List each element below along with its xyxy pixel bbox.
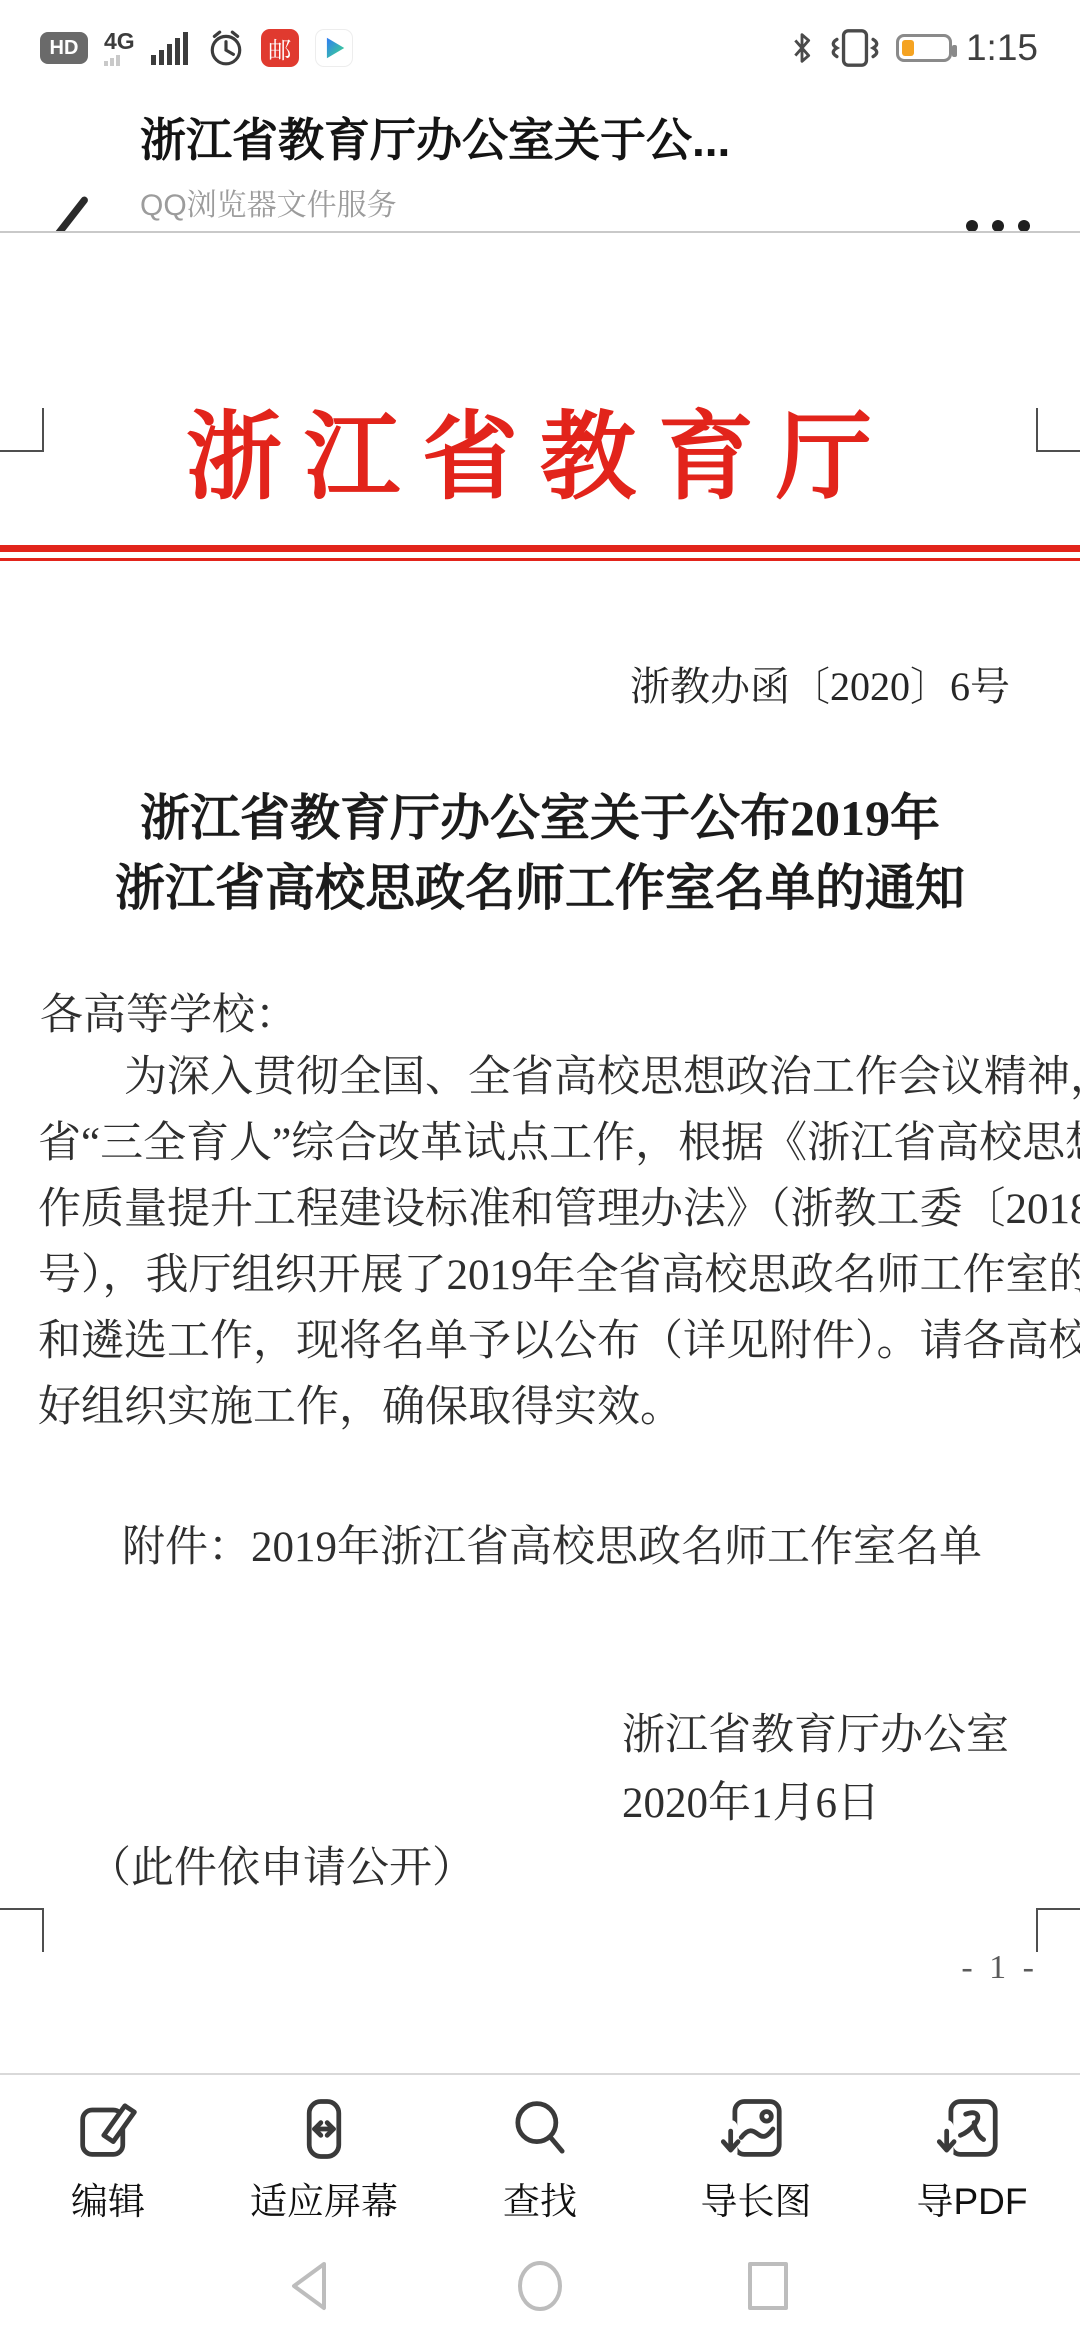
disclosure-note: （此件依申请公开）: [88, 1834, 475, 1895]
body-line: 为深入贯彻全国、全省高校思想政治工作会议精神，推进我: [38, 1045, 1042, 1111]
document-number: 浙教办函〔2020〕6号: [630, 655, 1010, 712]
signal-bars-icon: [151, 31, 191, 65]
document-page[interactable]: 浙江省教育厅 浙教办函〔2020〕6号 浙江省教育厅办公室关于公布2019年 浙…: [0, 233, 1080, 2073]
letterhead-title: 浙江省教育厅: [0, 405, 1080, 511]
export-long-image-button[interactable]: 导长图: [648, 2075, 864, 2250]
body-line: 省“三全育人”综合改革试点工作，根据《浙江省高校思想政治工: [38, 1111, 1042, 1177]
alarm-clock-icon: [207, 29, 245, 67]
battery-nub: [952, 45, 957, 57]
find-button[interactable]: 查找: [432, 2075, 648, 2250]
salutation: 各高等学校：: [40, 981, 298, 1042]
red-rule-thin: [0, 558, 1080, 561]
battery-icon: [896, 34, 952, 62]
issuing-office: 浙江省教育厅办公室: [622, 1701, 1009, 1762]
export-pdf-button[interactable]: 导PDF: [864, 2075, 1080, 2250]
status-time: 1:15: [966, 27, 1038, 69]
body-line: 作质量提升工程建设标准和管理办法》（浙教工委〔2018〕29: [38, 1177, 1042, 1243]
tool-label: 导PDF: [917, 2171, 1028, 2225]
bluetooth-icon: [790, 29, 814, 67]
export-long-image-icon: [718, 2091, 794, 2167]
app-header: 浙江省教育厅办公室关于公... QQ浏览器文件服务: [0, 80, 1080, 231]
crop-mark-bottom-left: [0, 1908, 44, 1910]
crop-mark-bottom-right: [1036, 1908, 1080, 1910]
crop-mark-bottom-right: [1036, 1908, 1038, 1952]
android-nav-bar: [0, 2250, 1080, 2340]
status-bar-left: HD 4G 邮: [40, 28, 353, 68]
tool-label: 查找: [503, 2171, 577, 2225]
body-line: 和遴选工作，现将名单予以公布（详见附件）。请各高校认真做: [38, 1309, 1042, 1375]
attachment-line: 附件：2019年浙江省高校思政名师工作室名单: [122, 1513, 982, 1574]
page-title: 浙江省教育厅办公室关于公...: [140, 104, 860, 170]
mail-app-icon: 邮: [261, 29, 299, 67]
document-title-line2: 浙江省高校思政名师工作室名单的通知: [0, 853, 1080, 923]
edit-icon: [70, 2091, 146, 2167]
document-body: 为深入贯彻全国、全省高校思想政治工作会议精神，推进我 省“三全育人”综合改革试点…: [38, 1045, 1042, 1441]
status-bar: HD 4G 邮: [0, 0, 1080, 80]
document-title-line1: 浙江省教育厅办公室关于公布2019年: [0, 783, 1080, 853]
edit-button[interactable]: 编辑: [0, 2075, 216, 2250]
tool-label: 编辑: [71, 2171, 145, 2225]
hd-badge: HD: [40, 32, 88, 64]
vibrate-icon: [828, 27, 882, 69]
video-app-icon: [315, 29, 353, 67]
body-line: 好组织实施工作，确保取得实效。: [38, 1375, 1042, 1441]
sim2-signal-icon: [104, 53, 128, 66]
header-titles: 浙江省教育厅办公室关于公... QQ浏览器文件服务: [140, 104, 860, 224]
document-title: 浙江省教育厅办公室关于公布2019年 浙江省高校思政名师工作室名单的通知: [0, 783, 1080, 923]
body-line: 号），我厅组织开展了2019年全省高校思政名师工作室的申报: [38, 1243, 1042, 1309]
home-circle-icon[interactable]: [514, 2258, 566, 2314]
phone-screen: HD 4G 邮: [0, 0, 1080, 2340]
tool-label: 适应屏幕: [250, 2171, 398, 2225]
battery-fill: [902, 40, 914, 56]
fit-screen-icon: [286, 2091, 362, 2167]
tool-label: 导长图: [701, 2171, 812, 2225]
search-icon: [502, 2091, 578, 2167]
status-bar-right: 1:15: [790, 28, 1038, 68]
red-rule-thick: [0, 545, 1080, 552]
recents-square-icon[interactable]: [742, 2258, 794, 2314]
crop-mark-bottom-left: [42, 1908, 44, 1952]
back-triangle-icon[interactable]: [286, 2258, 338, 2314]
network-indicator: 4G: [104, 30, 135, 66]
bottom-toolbar: 编辑 适应屏幕 查找 导长图: [0, 2075, 1080, 2250]
page-subtitle: QQ浏览器文件服务: [140, 180, 860, 224]
fit-screen-button[interactable]: 适应屏幕: [216, 2075, 432, 2250]
document-date: 2020年1月6日: [622, 1769, 880, 1830]
page-number: - 1 -: [961, 1949, 1038, 1987]
network-type-label: 4G: [104, 30, 135, 53]
export-pdf-icon: [934, 2091, 1010, 2167]
